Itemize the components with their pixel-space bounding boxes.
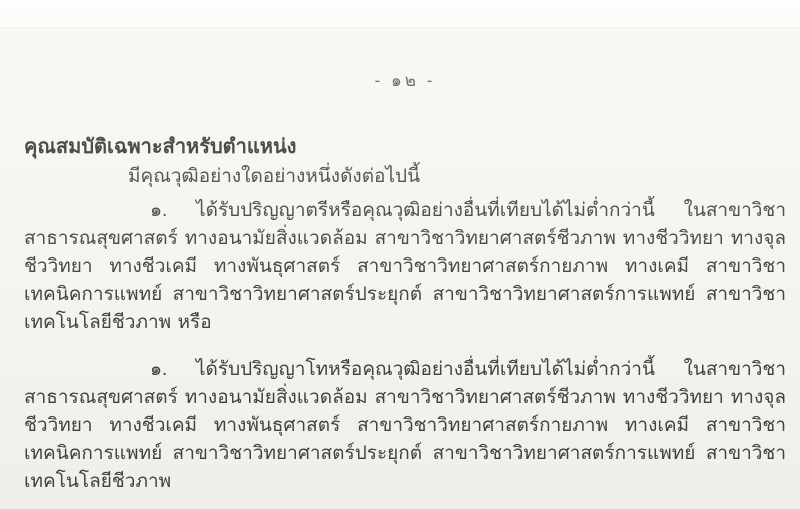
document-content: - ๑๒ - คุณสมบัติเฉพาะสำหรับตำแหน่ง มีคุณ… — [0, 70, 800, 496]
scan-edge-strip — [0, 0, 800, 28]
document-page: - ๑๒ - คุณสมบัติเฉพาะสำหรับตำแหน่ง มีคุณ… — [0, 0, 800, 509]
qualification-paragraph-bachelor: ๑. ได้รับปริญญาตรีหรือคุณวุฒิอย่างอื่นที… — [24, 197, 786, 337]
page-number: - ๑๒ - — [24, 70, 786, 92]
section-heading: คุณสมบัติเฉพาะสำหรับตำแหน่ง — [24, 132, 786, 162]
intro-line: มีคุณวุฒิอย่างใดอย่างหนึ่งดังต่อไปนี้ — [128, 162, 786, 192]
qualification-paragraph-master: ๑. ได้รับปริญญาโทหรือคุณวุฒิอย่างอื่นที่… — [24, 356, 786, 496]
